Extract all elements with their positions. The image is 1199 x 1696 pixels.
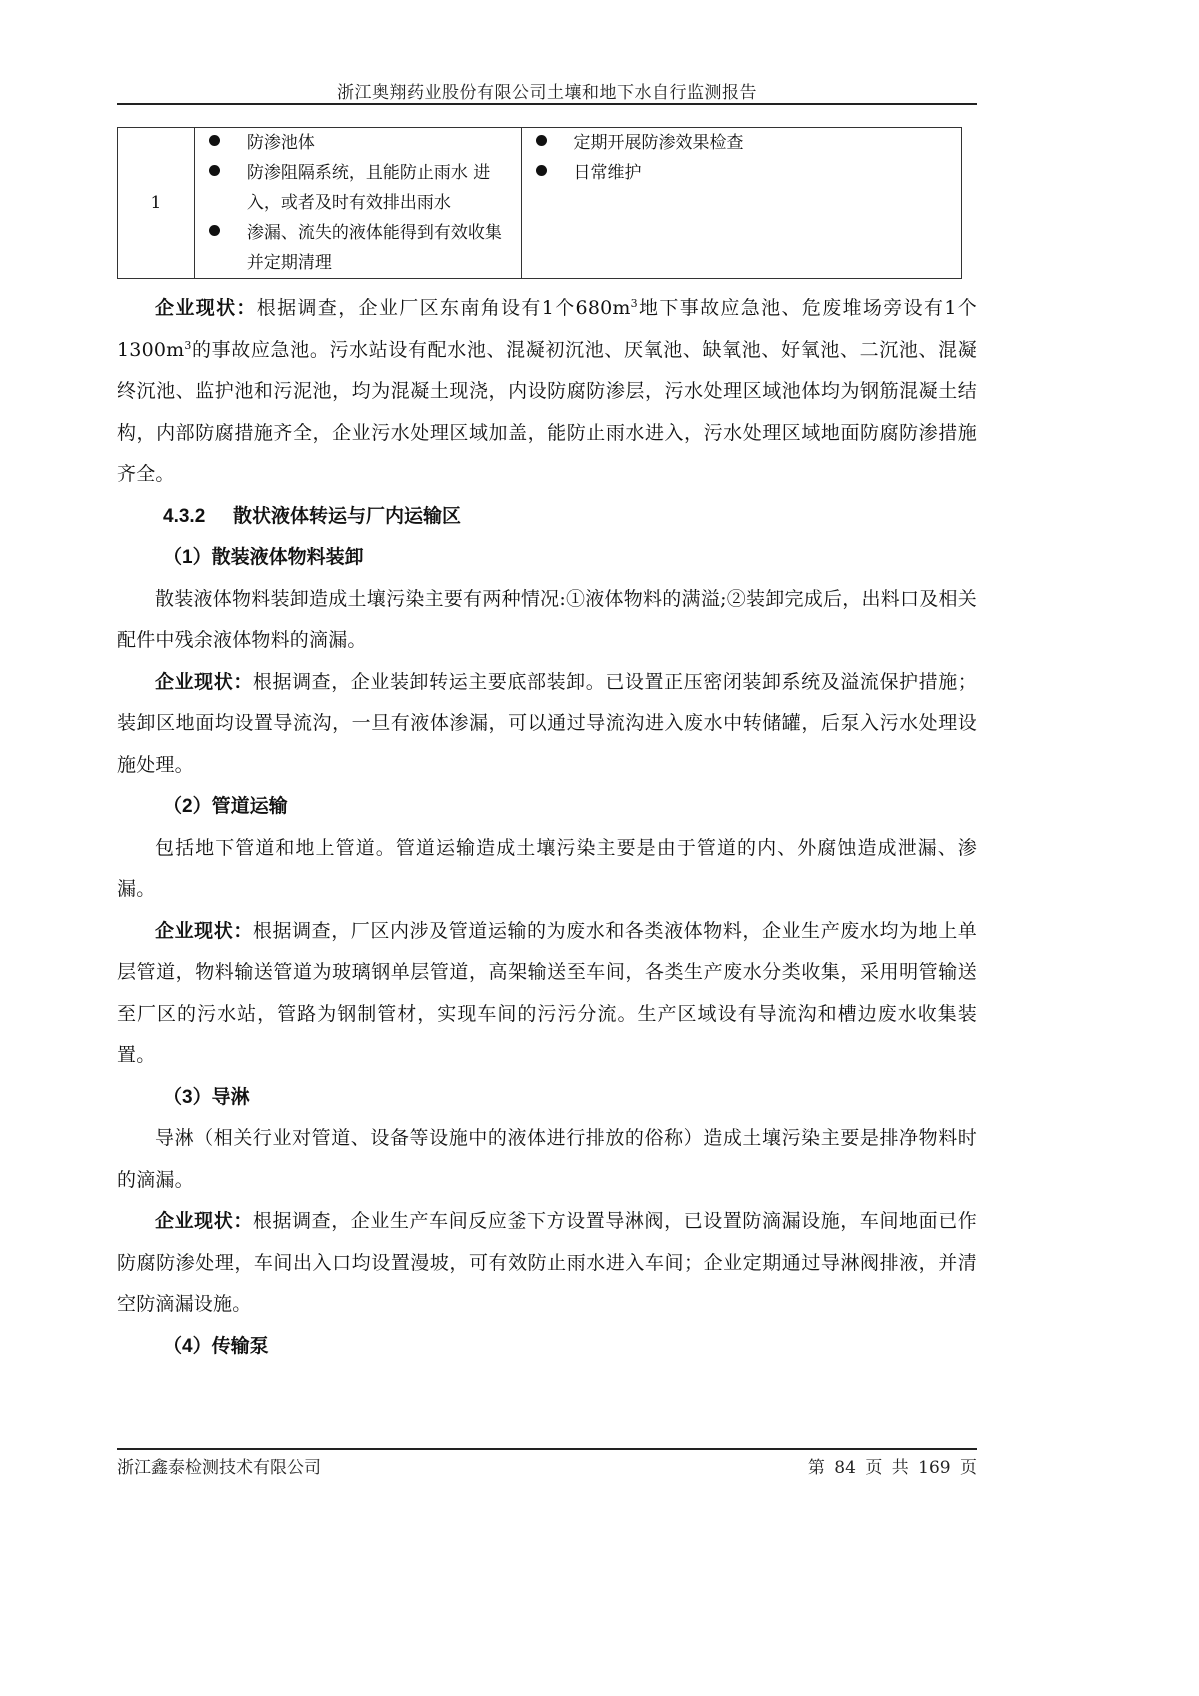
- measures-cell: 防渗池体 防渗阻隔系统，且能防止雨水 进入，或者及时有效排出雨水 渗漏、流失的液…: [194, 128, 521, 279]
- list-item: 渗漏、流失的液体能得到有效收集并定期清理: [195, 218, 521, 278]
- bullet-icon: [209, 135, 220, 146]
- list-item: 日常维护: [522, 158, 961, 188]
- status-paragraph: 企业现状：根据调查，企业厂区东南角设有1个680m3地下事故应急池、危废堆场旁设…: [117, 288, 977, 496]
- bullet-icon: [536, 135, 547, 146]
- paragraph: 导淋（相关行业对管道、设备等设施中的液体进行排放的俗称）造成土壤污染主要是排净物…: [117, 1118, 977, 1201]
- row-number: 1: [118, 128, 195, 279]
- status-lead: 企业现状：: [155, 298, 257, 319]
- footer-divider: [117, 1448, 977, 1450]
- status-paragraph: 企业现状：根据调查，厂区内涉及管道运输的为废水和各类液体物料，企业生产废水均为地…: [117, 911, 977, 1077]
- subsection-heading: （3）导淋: [117, 1077, 977, 1119]
- subsection-heading: （4）传输泵: [117, 1326, 977, 1368]
- section-heading: 4.3.2散状液体转运与厂内运输区: [117, 496, 977, 538]
- list-item: 防渗阻隔系统，且能防止雨水 进入，或者及时有效排出雨水: [195, 158, 521, 218]
- footer-company: 浙江鑫泰检测技术有限公司: [117, 1453, 321, 1478]
- page-number: 第 84 页 共 169 页: [808, 1453, 977, 1478]
- table-row: 1 防渗池体 防渗阻隔系统，且能防止雨水 进入，或者及时有效排出雨水 渗漏、流失…: [118, 128, 962, 279]
- list-item: 防渗池体: [195, 128, 521, 158]
- status-paragraph: 企业现状：根据调查，企业生产车间反应釜下方设置导淋阀，已设置防滴漏设施，车间地面…: [117, 1201, 977, 1326]
- subsection-heading: （2）管道运输: [117, 786, 977, 828]
- list-item: 定期开展防渗效果检查: [522, 128, 961, 158]
- paragraph: 散装液体物料装卸造成土壤污染主要有两种情况:①液体物料的满溢;②装卸完成后，出料…: [117, 579, 977, 662]
- page-header-title: 浙江奥翔药业股份有限公司土壤和地下水自行监测报告: [117, 78, 977, 103]
- maintenance-cell: 定期开展防渗效果检查 日常维护: [521, 128, 961, 279]
- status-paragraph: 企业现状：根据调查，企业装卸转运主要底部装卸。已设置正压密闭装卸系统及溢流保护措…: [117, 662, 977, 787]
- bullet-icon: [536, 165, 547, 176]
- header-divider: [117, 103, 977, 105]
- bullet-icon: [209, 225, 220, 236]
- bullet-icon: [209, 165, 220, 176]
- measures-table: 1 防渗池体 防渗阻隔系统，且能防止雨水 进入，或者及时有效排出雨水 渗漏、流失…: [117, 127, 962, 279]
- subsection-heading: （1）散装液体物料装卸: [117, 537, 977, 579]
- document-body: 企业现状：根据调查，企业厂区东南角设有1个680m3地下事故应急池、危废堆场旁设…: [117, 288, 977, 1367]
- paragraph: 包括地下管道和地上管道。管道运输造成土壤污染主要是由于管道的内、外腐蚀造成泄漏、…: [117, 828, 977, 911]
